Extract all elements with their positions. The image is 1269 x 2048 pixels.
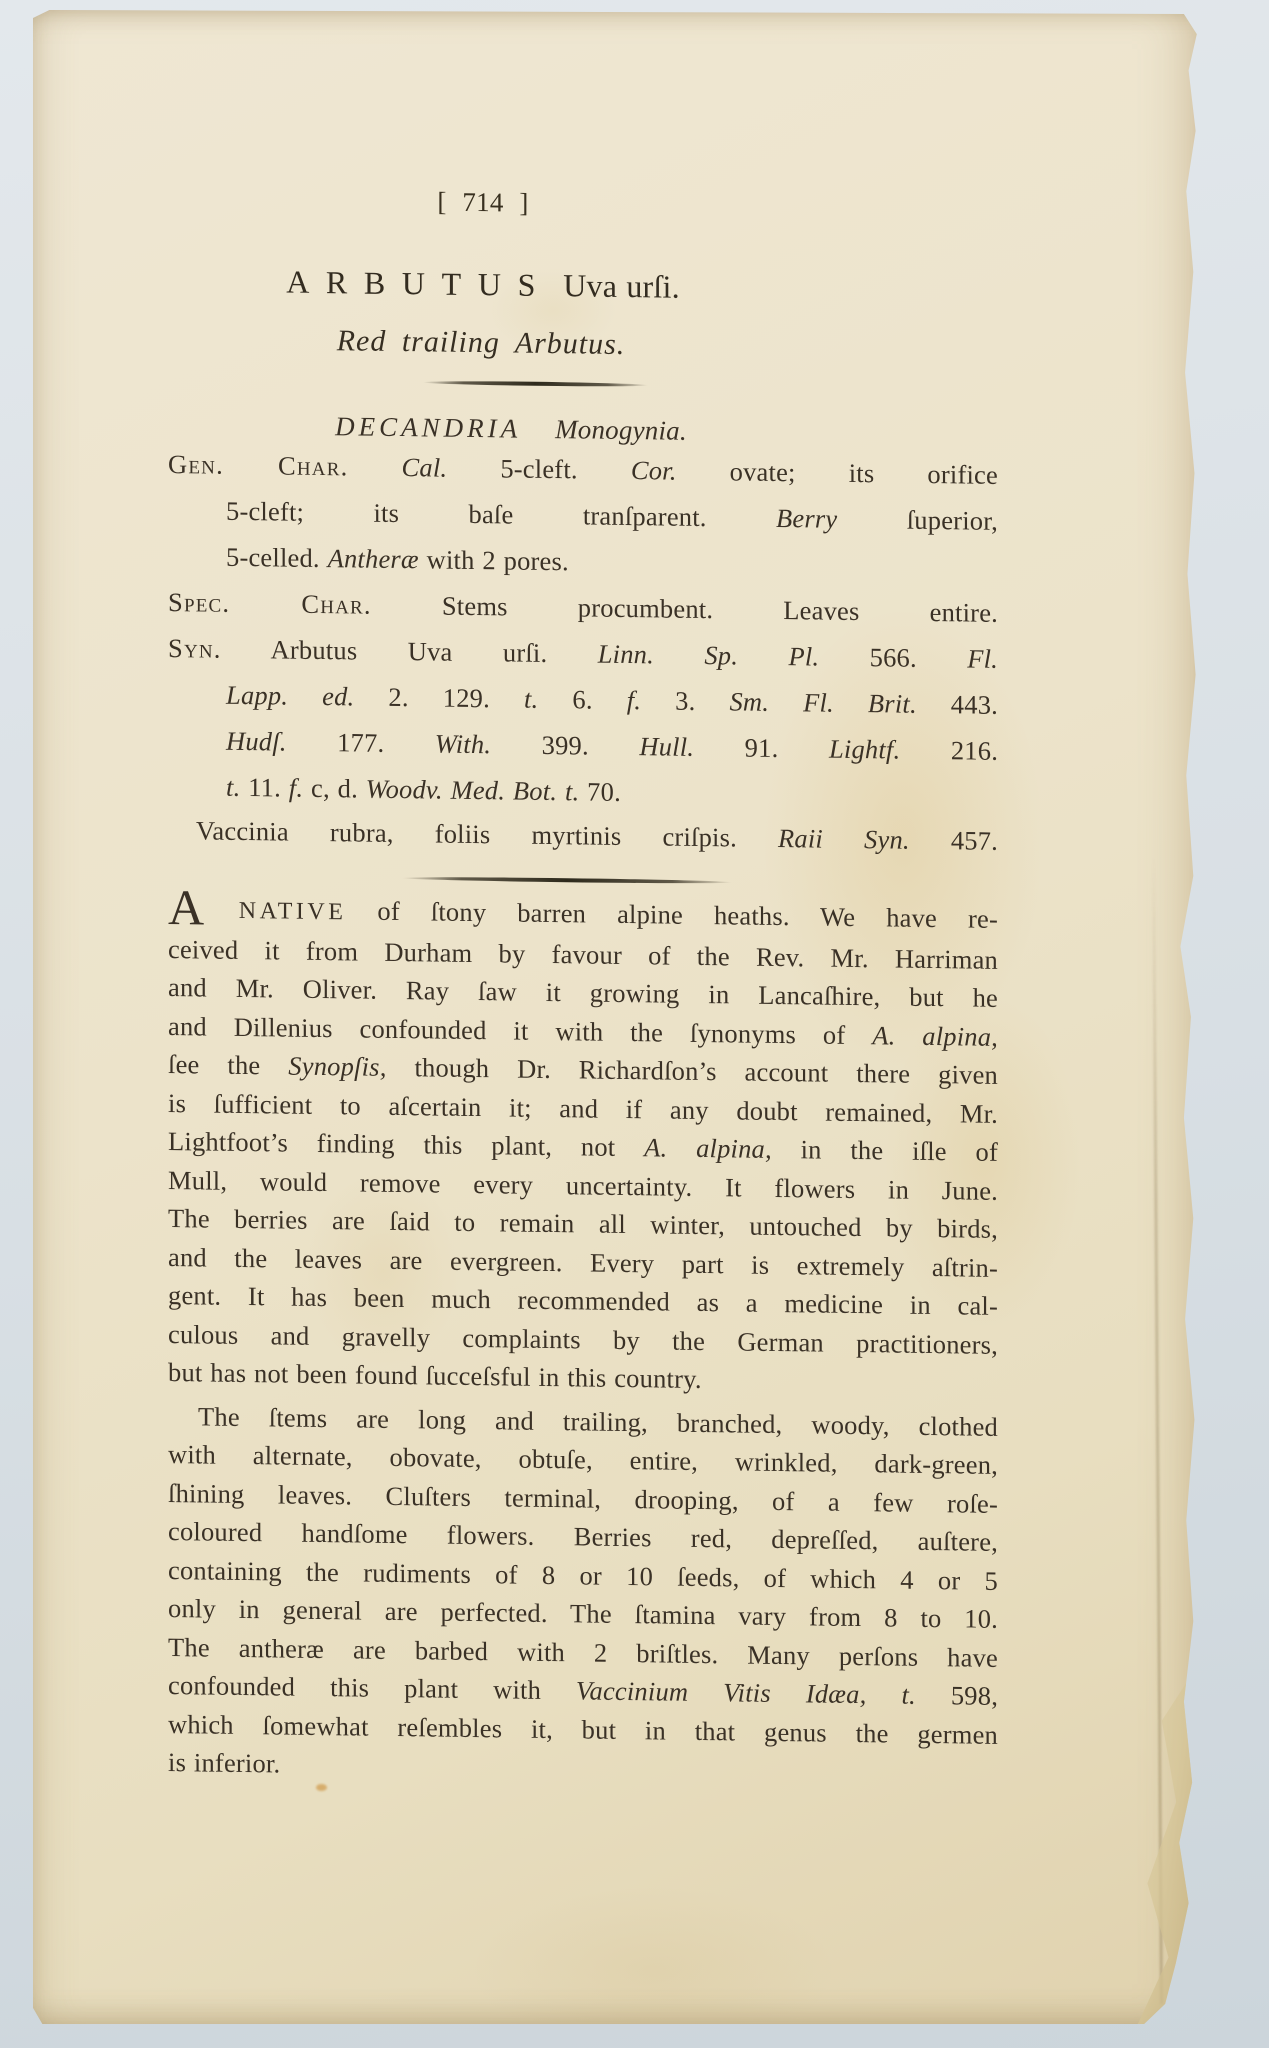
- page-content: [ 714 ] ARBUTUS Uva urſi. Red trailing A…: [168, 178, 998, 1792]
- classification-line: DECANDRIA Monogynia.: [335, 409, 687, 448]
- generic-character-section: Gen. Char. Cal. 5-cleft. Cor. ovate; its…: [168, 441, 998, 590]
- species-epithet: Uva urſi.: [563, 267, 680, 305]
- genus-name: ARBUTUS: [286, 264, 552, 303]
- paper-stain: [316, 1784, 327, 1791]
- torn-edge-crease: [1152, 856, 1163, 2004]
- section-divider-rule: [402, 876, 732, 884]
- book-page: [ 714 ] ARBUTUS Uva urſi. Red trailing A…: [33, 10, 1205, 2024]
- page-number: [ 714 ]: [437, 182, 528, 223]
- order-name: Monogynia.: [555, 414, 687, 446]
- title-divider-rule: [423, 380, 648, 387]
- body-paragraph-1: A NATIVE of ſtony barren alpine heaths. …: [168, 889, 998, 1402]
- class-name: DECANDRIA: [335, 411, 521, 443]
- species-title: ARBUTUS Uva urſi.: [286, 260, 680, 309]
- common-name: Red trailing Arbutus.: [337, 320, 626, 366]
- body-paragraph-2: The ſtems are long and trailing, branche…: [168, 1397, 998, 1793]
- synonyms-section: Syn. Arbutus Uva urſi. Linn. Sp. Pl. 566…: [168, 625, 998, 820]
